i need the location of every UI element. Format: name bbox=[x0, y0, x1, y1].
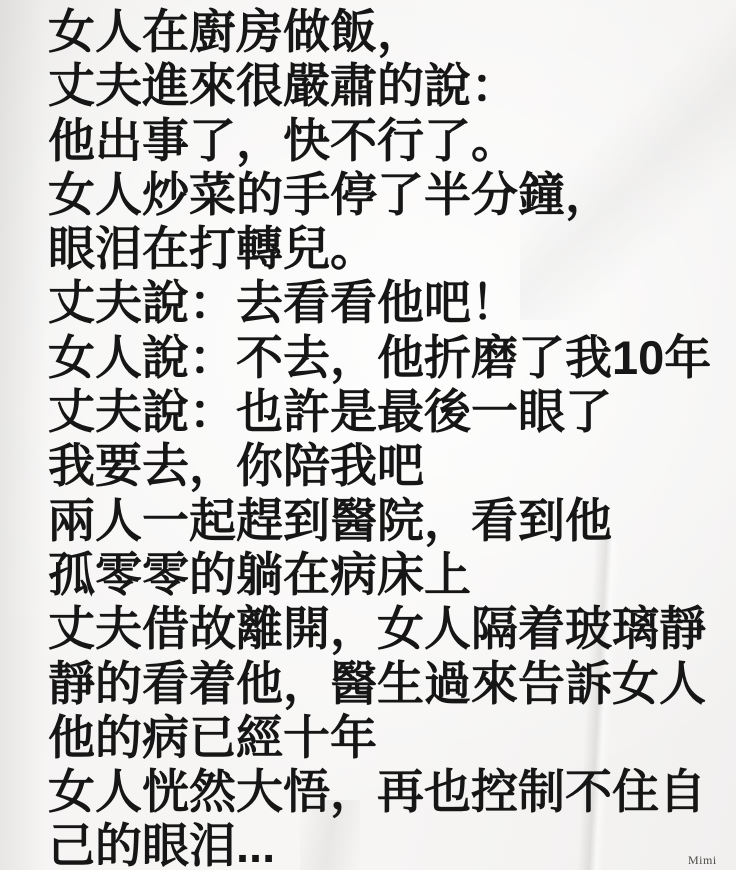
story-line: 女人炒菜的手停了半分鐘， bbox=[48, 168, 736, 222]
story-line: 丈夫說：也許是最後一眼了 bbox=[48, 385, 736, 439]
story-line: 丈夫借故離開，女人隔着玻璃靜 bbox=[48, 602, 736, 656]
story-line: 丈夫說：去看看他吧！ bbox=[48, 276, 736, 330]
watermark: Mimi bbox=[688, 853, 717, 868]
story-line: 孤零零的躺在病床上 bbox=[48, 548, 736, 602]
story-line: 我要去，你陪我吧 bbox=[48, 439, 736, 493]
story-text-block: 女人在廚房做飯， 丈夫進來很嚴肅的說： 他出事了，快不行了。 女人炒菜的手停了半… bbox=[48, 5, 736, 870]
story-line: 女人恍然大悟，再也控制不住自 bbox=[48, 765, 736, 819]
story-image: { "page": { "background_color": "#f3f2f1… bbox=[0, 0, 736, 870]
paper-shadow-left-edge bbox=[0, 0, 46, 870]
story-line: 靜的看着他，醫生過來告訴女人 bbox=[48, 657, 736, 711]
story-line: 己的眼泪... bbox=[48, 819, 736, 870]
story-line: 丈夫進來很嚴肅的說： bbox=[48, 59, 736, 113]
story-line: 眼泪在打轉兒。 bbox=[48, 222, 736, 276]
story-line: 女人說：不去，他折磨了我10年 bbox=[48, 331, 736, 385]
story-line: 他的病已經十年 bbox=[48, 711, 736, 765]
story-line: 兩人一起趕到醫院，看到他 bbox=[48, 494, 736, 548]
story-line: 女人在廚房做飯， bbox=[48, 5, 736, 59]
story-line: 他出事了，快不行了。 bbox=[48, 114, 736, 168]
